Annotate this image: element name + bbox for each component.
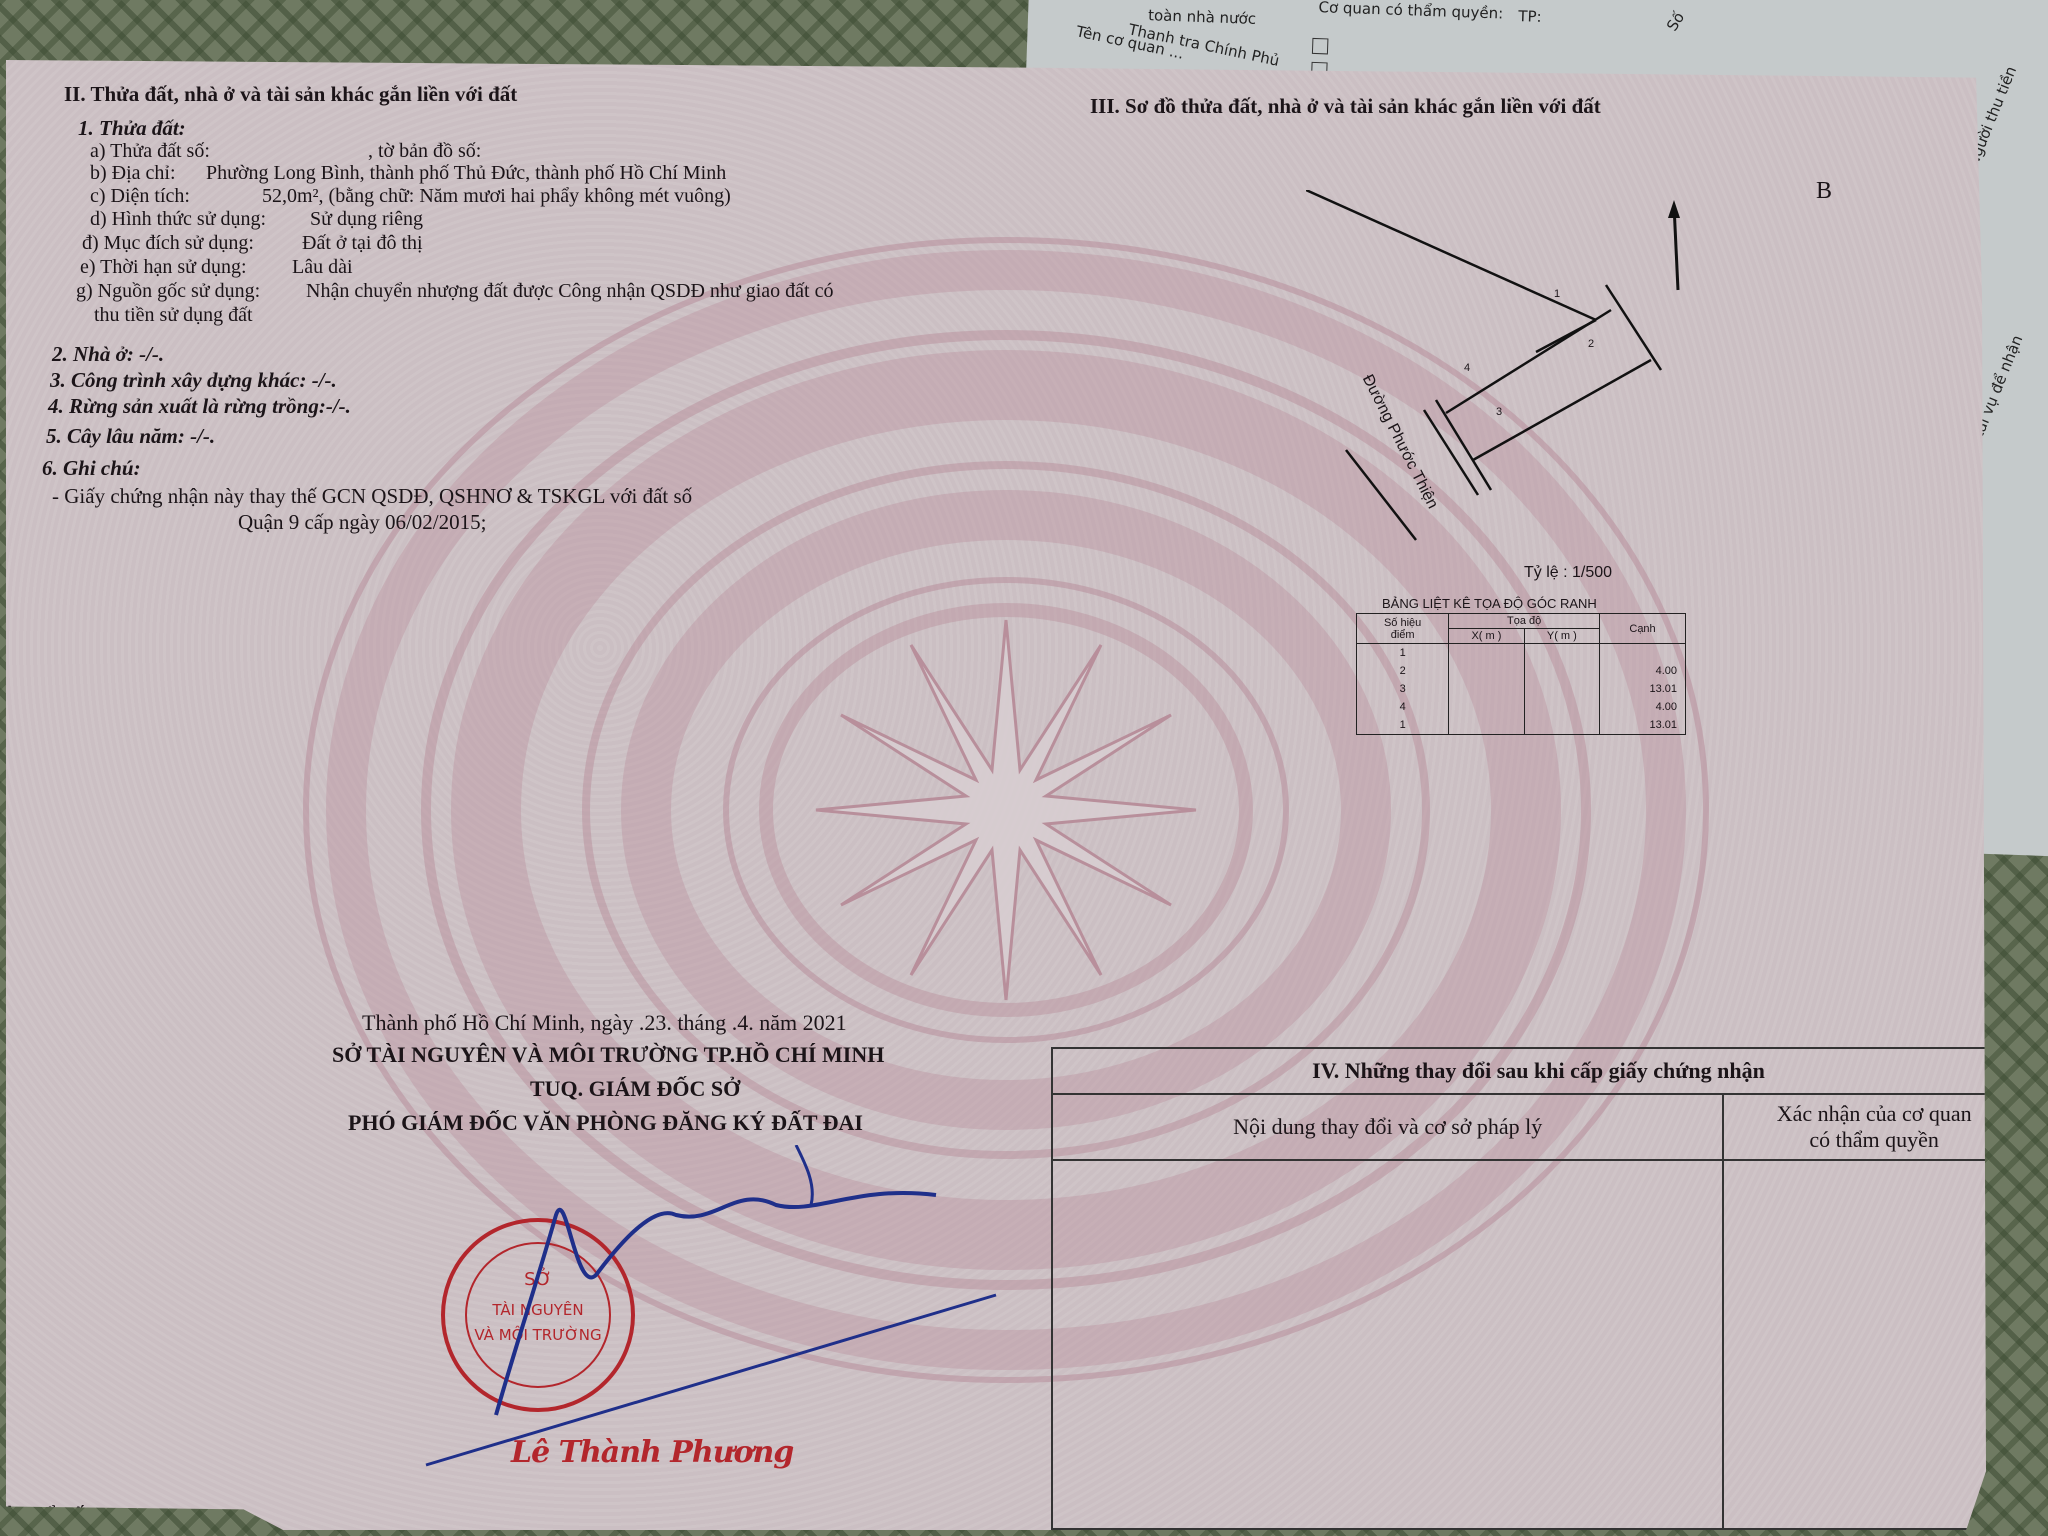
signer-role-1: TUQ. GIÁM ĐỐC SỞ [530,1076,740,1102]
bp-checkbox [1312,38,1329,55]
col-x-header: X( m ) [1449,629,1524,644]
bp-line: Cơ quan có thẩm quyền: [1318,0,1503,23]
notes-heading: 6. Ghi chú: [42,456,141,481]
item-label: a) Thửa đất số: [90,140,210,163]
bp-line: TP: [1518,7,1542,26]
col-authority-confirm-header: Xác nhận của cơ quancó thẩm quyền [1723,1094,2025,1160]
col-point-header: Số hiệuđiểm [1357,614,1449,644]
origin-value: Nhận chuyển nhượng đất được Công nhận QS… [306,280,833,303]
note-line: - Giấy chứng nhận này thay thế GCN QSDĐ,… [52,484,692,509]
forest-line: 4. Rừng sản xuất là rừng trồng:-/-. [48,394,351,419]
usage-form-value: Sử dụng riêng [310,208,423,231]
land-certificate: II. Thửa đất, nhà ở và tài sản khác gắn … [6,60,1986,1530]
place-date: Thành phố Hồ Chí Minh, ngày .23. tháng .… [362,1010,847,1036]
bp-line: Số [1663,9,1688,34]
item-label: đ) Mục đích sử dụng: [82,232,254,255]
table-row: 24.00 [1357,662,1686,680]
coord-table-title: BẢNG LIỆT KÊ TỌA ĐỘ GÓC RANH [1382,596,1597,611]
section-2-title: II. Thửa đất, nhà ở và tài sản khác gắn … [64,82,517,107]
note-line: Quận 9 cấp ngày 06/02/2015; [238,510,486,535]
col-edge-header: Cạnh [1600,614,1686,644]
item-label: c) Diện tích: [90,185,190,208]
bp-line: toàn nhà nước [1148,6,1257,28]
section-4-title: IV. Những thay đổi sau khi cấp giấy chứn… [1052,1048,2025,1094]
point-label: 1 [1554,288,1560,300]
table-row: 1 [1357,644,1686,663]
item-value: , tờ bản đồ số: [368,140,481,163]
handwritten-signature-icon [416,1145,1016,1475]
land-heading: 1. Thửa đất: [78,116,186,141]
origin-value-cont: thu tiền sử dụng đất [94,304,253,327]
signer-name: Lê Thành Phương [511,1435,793,1470]
table-row: 113.01 [1357,716,1686,735]
map-scale: Tỷ lệ : 1/500 [1524,564,1612,582]
point-label: 4 [1464,362,1470,374]
col-change-content-header: Nội dung thay đổi và cơ sở pháp lý [1052,1094,1723,1160]
item-label: d) Hình thức sử dụng: [90,208,266,231]
other-construction-line: 3. Công trình xây dựng khác: -/-. [50,368,337,393]
change-content-cell [1052,1160,1723,1529]
issuing-org: SỞ TÀI NGUYÊN VÀ MÔI TRƯỜNG TP.HỒ CHÍ MI… [332,1042,884,1068]
item-label: b) Địa chỉ: [90,162,176,185]
area-value: 52,0m², (bằng chữ: Năm mươi hai phẩy khô… [262,185,731,208]
coord-table: Số hiệuđiểm Tọa độ Cạnh X( m ) Y( m ) 1 … [1356,613,1686,735]
changes-table: IV. Những thay đổi sau khi cấp giấy chứn… [1051,1047,2026,1530]
signer-role-2: PHÓ GIÁM ĐỐC VĂN PHÒNG ĐĂNG KÝ ĐẤT ĐAI [348,1110,863,1136]
usage-term-value: Lâu dài [292,256,353,279]
point-label: 3 [1496,406,1502,418]
col-coords-header: Tọa độ [1449,614,1600,629]
house-line: 2. Nhà ở: -/-. [52,342,164,367]
north-label: B [1816,178,1832,205]
item-label: g) Nguồn gốc sử dụng: [76,280,260,303]
section-3-title: III. Sơ đồ thửa đất, nhà ở và tài sản kh… [1090,94,1601,119]
address-value: Phường Long Bình, thành phố Thủ Đức, thà… [206,162,726,185]
table-row: 44.00 [1357,698,1686,716]
point-label: 2 [1588,338,1594,350]
item-label: e) Thời hạn sử dụng: [80,256,247,279]
perennial-line: 5. Cây lâu năm: -/-. [46,424,215,449]
table-row: 313.01 [1357,680,1686,698]
col-y-header: Y( m ) [1524,629,1599,644]
usage-purpose-value: Đất ở tại đô thị [302,232,423,255]
authority-confirm-cell [1723,1160,2025,1529]
north-arrow-icon [1668,200,1680,290]
